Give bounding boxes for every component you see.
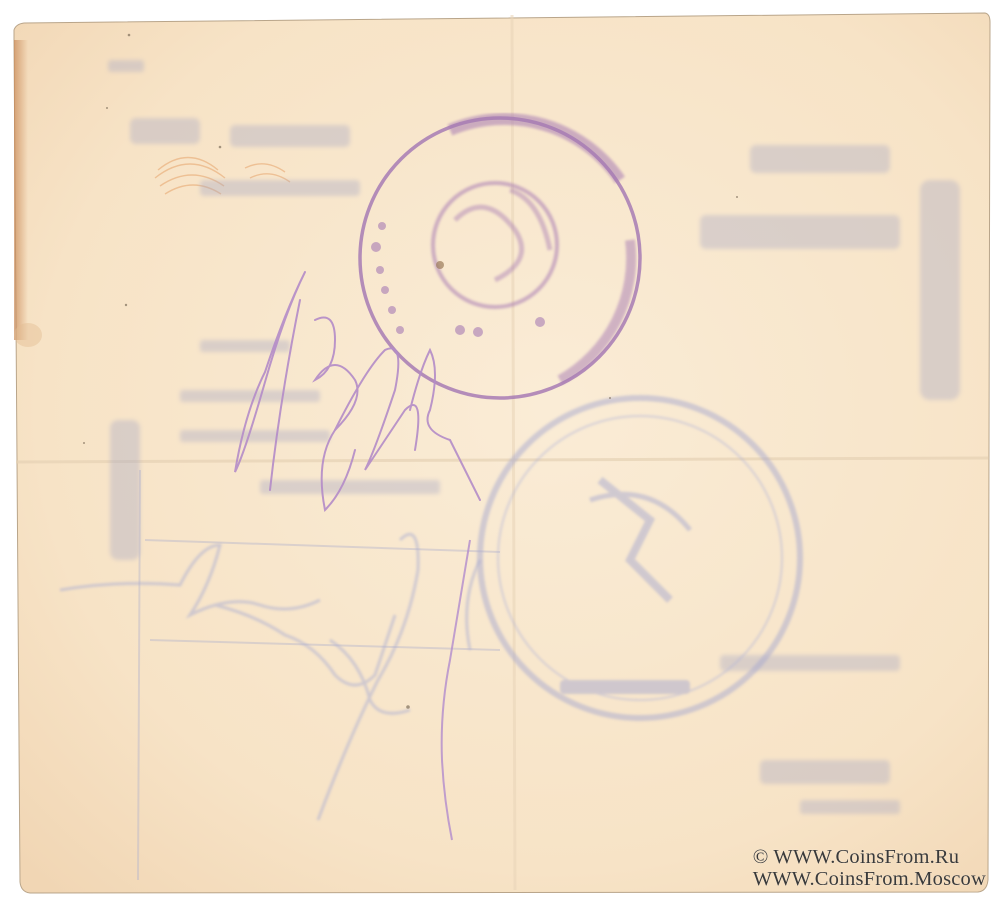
watermark-line-1: © WWW.CoinsFrom.Ru — [753, 846, 986, 868]
watermark: © WWW.CoinsFrom.Ru WWW.CoinsFrom.Moscow — [753, 846, 986, 890]
stain-spot — [14, 323, 42, 347]
edge-stain — [14, 40, 28, 340]
watermark-line-2: WWW.CoinsFrom.Moscow — [753, 868, 986, 890]
scanned-document — [0, 0, 1000, 902]
